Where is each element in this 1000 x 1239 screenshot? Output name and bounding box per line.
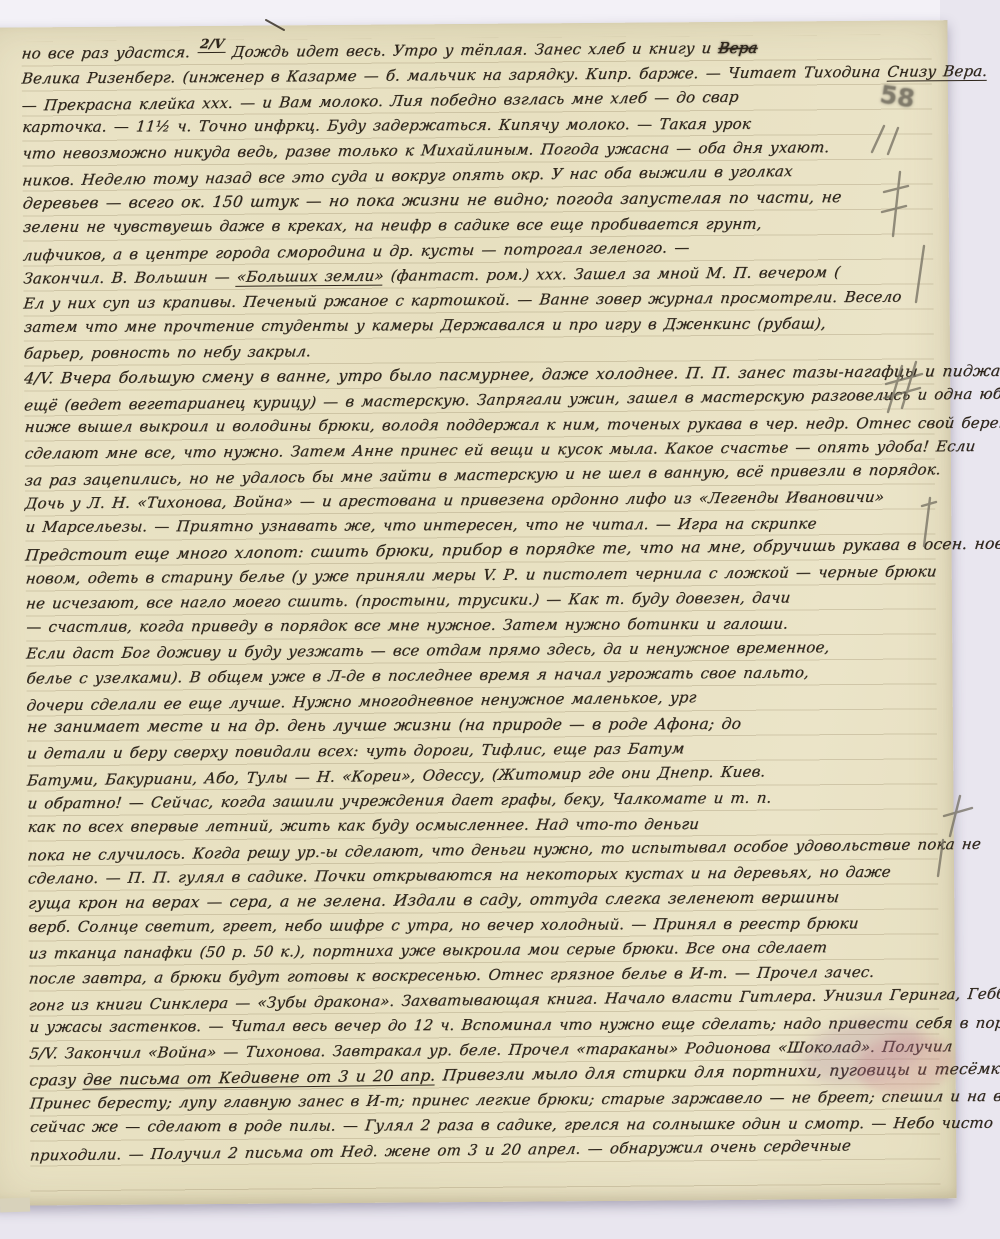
pencil-page-number: 58 — [878, 79, 917, 113]
line-text: но все раз удастся. — [21, 43, 192, 62]
underlined-phrase: две письма от Кедивене от 3 и 20 апр. — [82, 1066, 437, 1089]
line-text: сразу — [28, 1071, 84, 1090]
date-mark-2v: 2/V — [197, 37, 227, 53]
second-sheet-sliver — [0, 1197, 30, 1212]
line-text: Дождь идет весь. Утро у тёплая. Занес хл… — [224, 39, 719, 61]
manuscript-paper: но все раз удастся. 2/V Дождь идет весь.… — [0, 20, 957, 1206]
line-text: Привезли мыло для стирки для портнихи, п… — [435, 1059, 1000, 1084]
struck-word: Вера — [717, 39, 758, 57]
scanned-diary-page: { "manuscript": { "language": "Russian, … — [0, 0, 1000, 1239]
underlined-title: «Больших земли» — [236, 267, 385, 287]
line-text: Закончил. В. Вольшин — — [22, 268, 238, 288]
line-text: (фантаст. ром.) ххх. Зашел за мной М. П.… — [383, 263, 842, 285]
underlined-phrase: Снизу Вера. — [886, 62, 988, 82]
handwriting-block: но все раз удастся. 2/V Дождь идет весь.… — [21, 34, 940, 1197]
